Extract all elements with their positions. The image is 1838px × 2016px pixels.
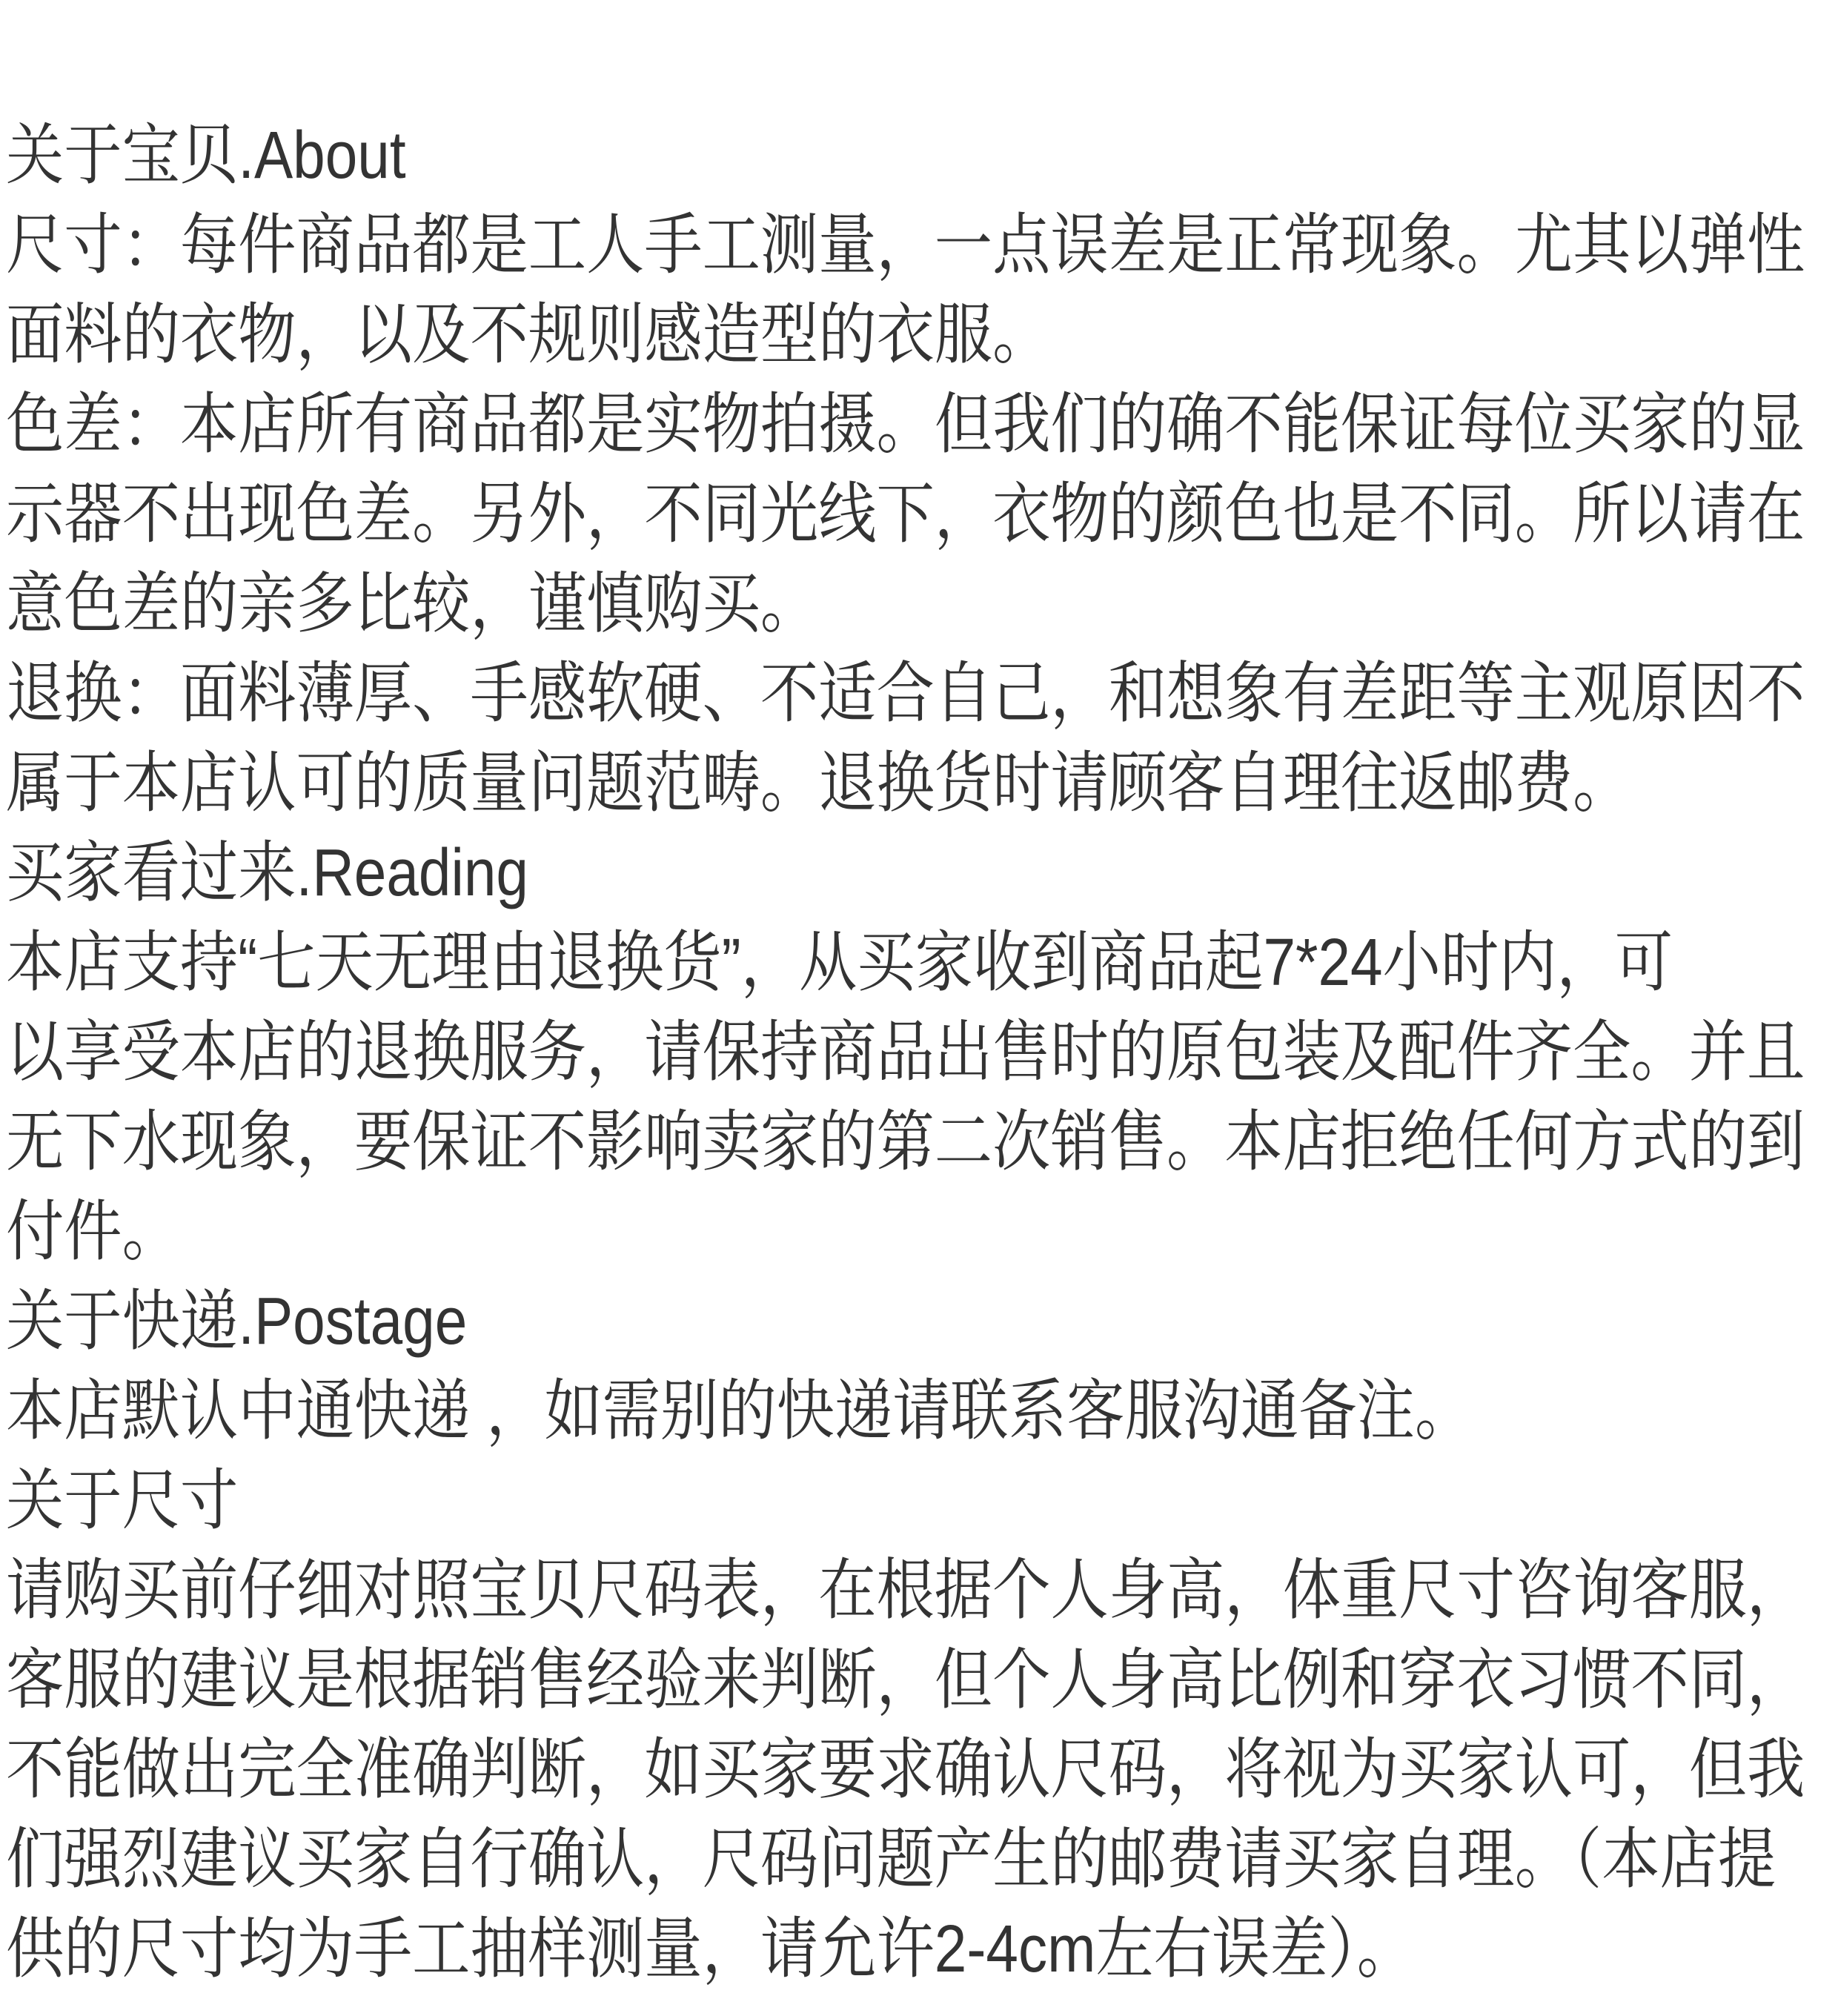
- text-line: 请购买前仔细对照宝贝尺码表，在根据个人身高，体重尺寸咨询客服，: [6, 1546, 1600, 1636]
- section-heading-size: 关于尺寸: [6, 1456, 1600, 1546]
- text-line: 本店支持“七天无理由退换货”，从买家收到商品起7*24小时内，可: [6, 918, 1600, 1008]
- text-line: 以享受本店的退换服务，请保持商品出售时的原包装及配件齐全。并且: [6, 1008, 1600, 1098]
- text-line: 无下水现象，要保证不影响卖家的第二次销售。本店拒绝任何方式的到: [6, 1098, 1600, 1187]
- text-line: 们强烈建议买家自行确认，尺码问题产生的邮费请买家自理。（本店提: [6, 1815, 1600, 1905]
- product-description-notice: 关于宝贝.About 尺寸：每件商品都是工人手工测量，一点误差是正常现象。尤其以…: [6, 111, 1838, 1995]
- text-line: 示器不出现色差。另外，不同光线下，衣物的颜色也是不同。所以请在: [6, 470, 1600, 560]
- text-line: 付件。: [6, 1187, 1600, 1277]
- text-line: 色差：本店所有商品都是实物拍摄。但我们的确不能保证每位买家的显: [6, 380, 1600, 470]
- text-line: 供的尺寸均为手工抽样测量，请允许2-4cm左右误差）。: [6, 1905, 1600, 1995]
- text-line: 属于本店认可的质量问题范畴。退换货时请顾客自理往返邮费。: [6, 739, 1600, 829]
- text-line: 本店默认中通快递 ，如需别的快递请联系客服沟通备注。: [6, 1367, 1600, 1456]
- text-line: 面料的衣物，以及不规则感造型的衣服。: [6, 291, 1600, 380]
- text-line: 退换：面料薄厚、手感软硬、不适合自己，和想象有差距等主观原因不: [6, 649, 1600, 739]
- section-heading-postage: 关于快递.Postage: [6, 1277, 1600, 1367]
- section-heading-reading: 买家看过来.Reading: [6, 829, 1600, 918]
- text-line: 尺寸：每件商品都是工人手工测量，一点误差是正常现象。尤其以弹性: [6, 201, 1600, 291]
- text-line: 客服的建议是根据销售经验来判断，但个人身高比例和穿衣习惯不同，: [6, 1636, 1600, 1725]
- text-line: 意色差的亲多比较，谨慎购买。: [6, 560, 1600, 649]
- text-line: 不能做出完全准确判断，如买家要求确认尺码，将视为买家认可，但我: [6, 1725, 1600, 1815]
- section-heading-about: 关于宝贝.About: [6, 111, 1600, 201]
